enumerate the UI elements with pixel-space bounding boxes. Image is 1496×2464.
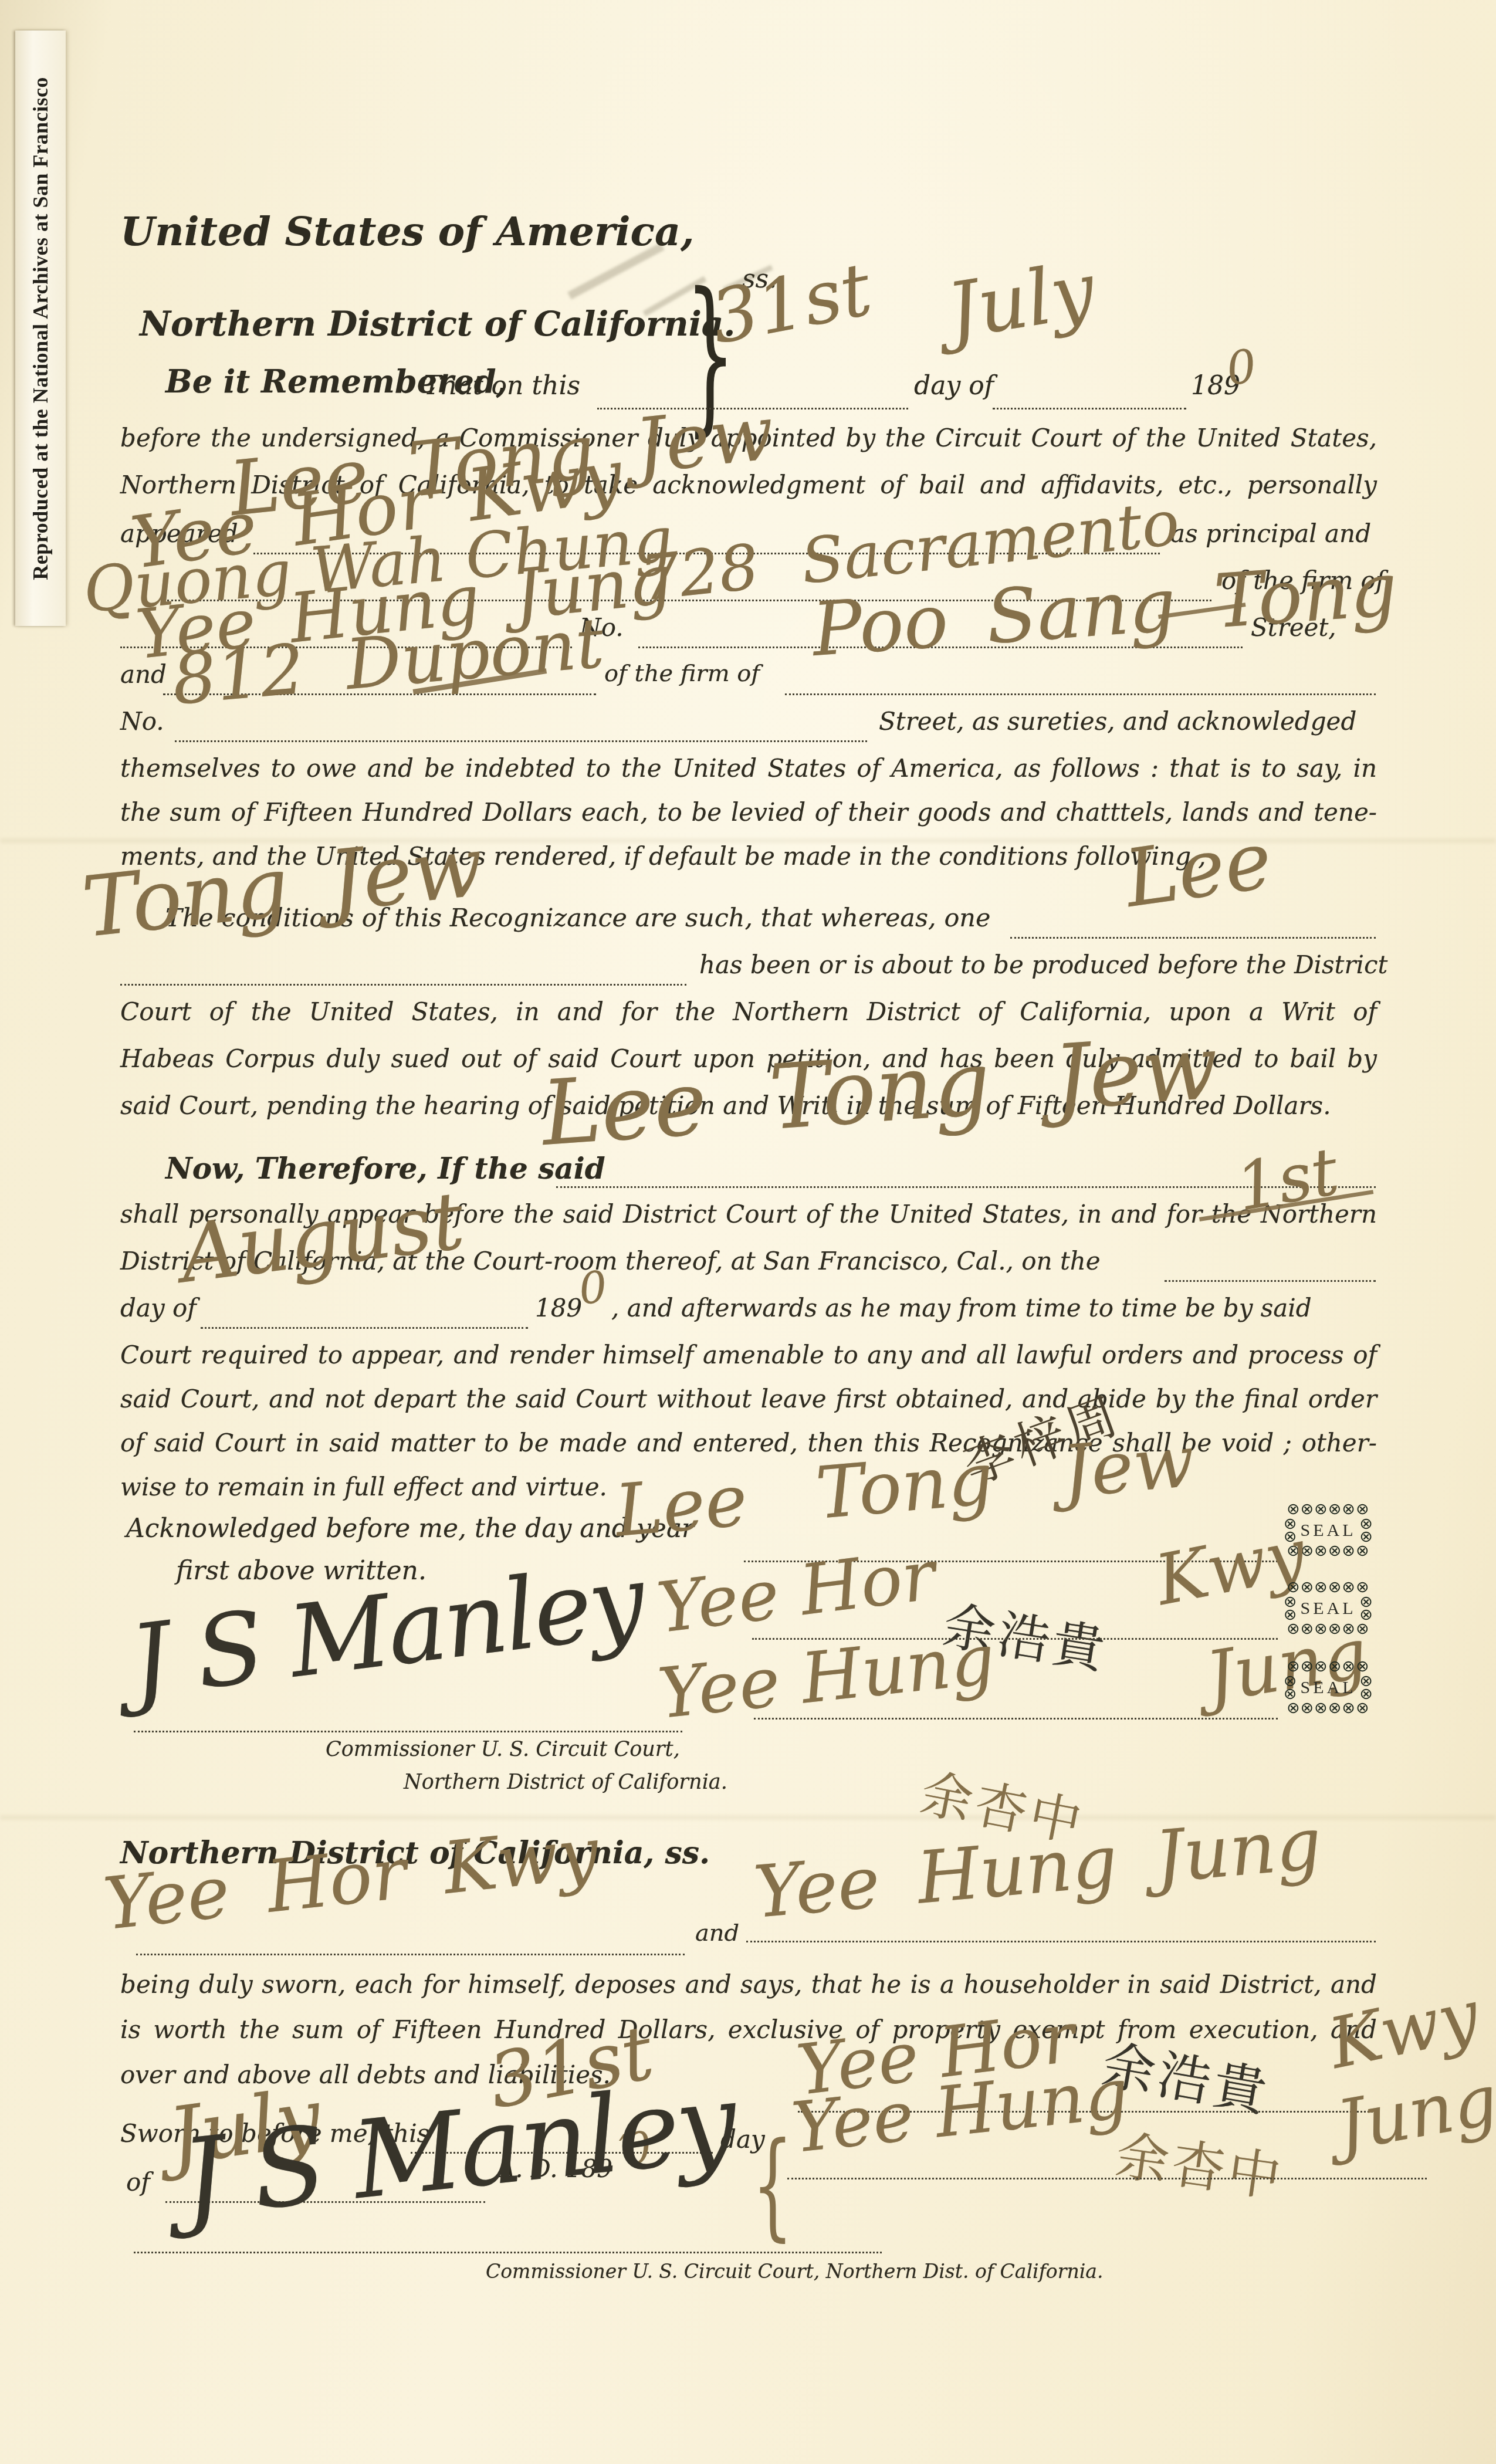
handwritten-month: July	[941, 245, 1101, 356]
commissioner-title-line2: Northern District of California.	[404, 1771, 727, 1794]
obligation-day-of: day of	[120, 1294, 197, 1322]
seal-label: SEAL	[1301, 1678, 1356, 1698]
signature-line	[754, 1718, 1278, 1720]
signature-line	[787, 2178, 1427, 2179]
blank-line	[136, 1954, 685, 1955]
conditions-line2: has been or is about to be produced befo…	[699, 950, 1387, 979]
handwritten-whereas-name-1: Lee	[1119, 814, 1277, 925]
blank-line	[1010, 937, 1376, 939]
signature-line	[134, 2252, 882, 2253]
commissioner-title-line1: Commissioner U. S. Circuit Court,	[326, 1738, 680, 1761]
commissioner2-title: Commissioner U. S. Circuit Court, Northe…	[486, 2260, 1103, 2283]
affidavit-of: of	[126, 2168, 150, 2196]
opening-line9: the sum of Fifteen Hundred Dollars each,…	[120, 798, 1377, 827]
seal-stamp-3: ⊗⊗⊗⊗⊗⊗ ⊗⊗ SEAL ⊗⊗ ⊗⊗⊗⊗⊗⊗	[1284, 1660, 1373, 1715]
archive-tape-strip: Reproduced at the National Archives at S…	[15, 31, 66, 626]
blank-line	[993, 408, 1186, 409]
blank-line	[201, 1327, 528, 1329]
obligation-line4-rest: , and afterwards as he may from time to …	[611, 1294, 1312, 1322]
signature-line	[134, 1731, 682, 1732]
opening-street-2: Street, as sureties, and acknowledged	[879, 707, 1356, 736]
blank-line	[175, 740, 867, 742]
opening-day-of: day of	[914, 371, 994, 401]
obligation-line8: wise to remain in full effect and virtue…	[120, 1473, 607, 1501]
obligation-year-printed: 189	[535, 1294, 582, 1322]
affidavit-and: and	[695, 1920, 739, 1947]
document-page: Reproduced at the National Archives at S…	[0, 0, 1496, 2464]
obligation-line5: Court required to appear, and render him…	[120, 1341, 1377, 1369]
opening-line8: themselves to owe and be indebted to the…	[120, 754, 1377, 783]
blank-line	[120, 984, 686, 986]
obligation-line6: said Court, and not depart the said Cour…	[120, 1385, 1377, 1413]
opening-as-principal: as principal and	[1170, 519, 1371, 548]
affidavit-brace: {	[752, 2080, 793, 2291]
handwritten-obligation-year-digit: 0	[577, 1262, 610, 1315]
handwritten-obligation-month: August	[175, 1175, 469, 1301]
header-country: United States of America,	[120, 208, 695, 255]
opening-no-2: No.	[120, 707, 164, 736]
archive-strip-label: Reproduced at the National Archives at S…	[28, 77, 53, 580]
blank-line	[785, 693, 1376, 695]
opening-that-on-this: That on this	[424, 371, 580, 401]
acknowledgment-line1: Acknowledged before me, the day and year	[126, 1514, 694, 1544]
chinese-characters-affidavit2: 余杏中	[1112, 2113, 1289, 2212]
obligation-lead: Now, Therefore, If the said	[165, 1151, 605, 1186]
handwritten-affidavit-name1: Yee Hor Kwy	[100, 1811, 603, 1946]
blank-line	[746, 1941, 1376, 1942]
opening-firm-of-2: of the firm of	[604, 660, 760, 687]
affidavit-line1: being duly sworn, each for himself, depo…	[120, 1970, 1377, 1999]
blank-line	[1165, 1280, 1376, 1282]
seal-label: SEAL	[1301, 1521, 1356, 1541]
handwritten-obligation-name: Lee Tong Jew	[539, 1015, 1221, 1166]
seal-border: ⊗⊗⊗⊗⊗⊗	[1284, 1702, 1373, 1715]
